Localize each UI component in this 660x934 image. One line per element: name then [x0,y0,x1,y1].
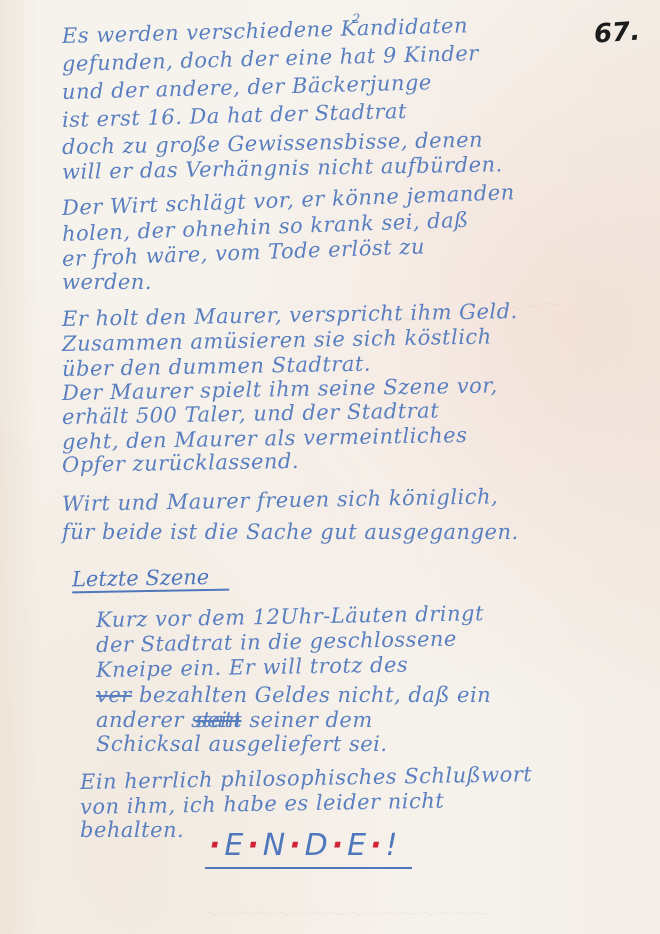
text-line: ver bezahlten Geldes nicht, daß ein [96,683,491,707]
struck-word: sein [196,708,241,732]
text-line: für beide ist die Sache gut ausgegangen. [62,520,519,544]
page-number: 67. [593,16,641,49]
text-line: werden. [62,270,152,294]
text-line: Kneipe ein. Er will trotz des [96,653,409,682]
text-line: Schicksal ausgeliefert sei. [96,732,388,756]
handwritten-page: ～～～～～～～～～～ ～～～～～～～～～～～～～～～～ 67. Es werde… [0,0,660,934]
text-line: behalten. [80,818,184,842]
section-heading: Letzte Szene [72,565,230,594]
text-line: Ein herrlich philosophisches Schlußwort [80,762,533,794]
text-line: von ihm, ich habe es leider nicht [80,789,445,819]
struck-word: ver [96,683,132,707]
text-line: Wirt und Maurer freuen sich königlich, [62,484,499,516]
text-line: ist erst 16. Da hat der Stadtrat [62,99,408,132]
insertion-mark: 2 [352,12,360,27]
ende-closing: ·E·N·D·E·! [205,828,412,869]
bleed-through-text: ～～～～～～～～～～～～～～～～ [200,900,488,926]
text-line: Opfer zurücklassend. [62,449,299,477]
